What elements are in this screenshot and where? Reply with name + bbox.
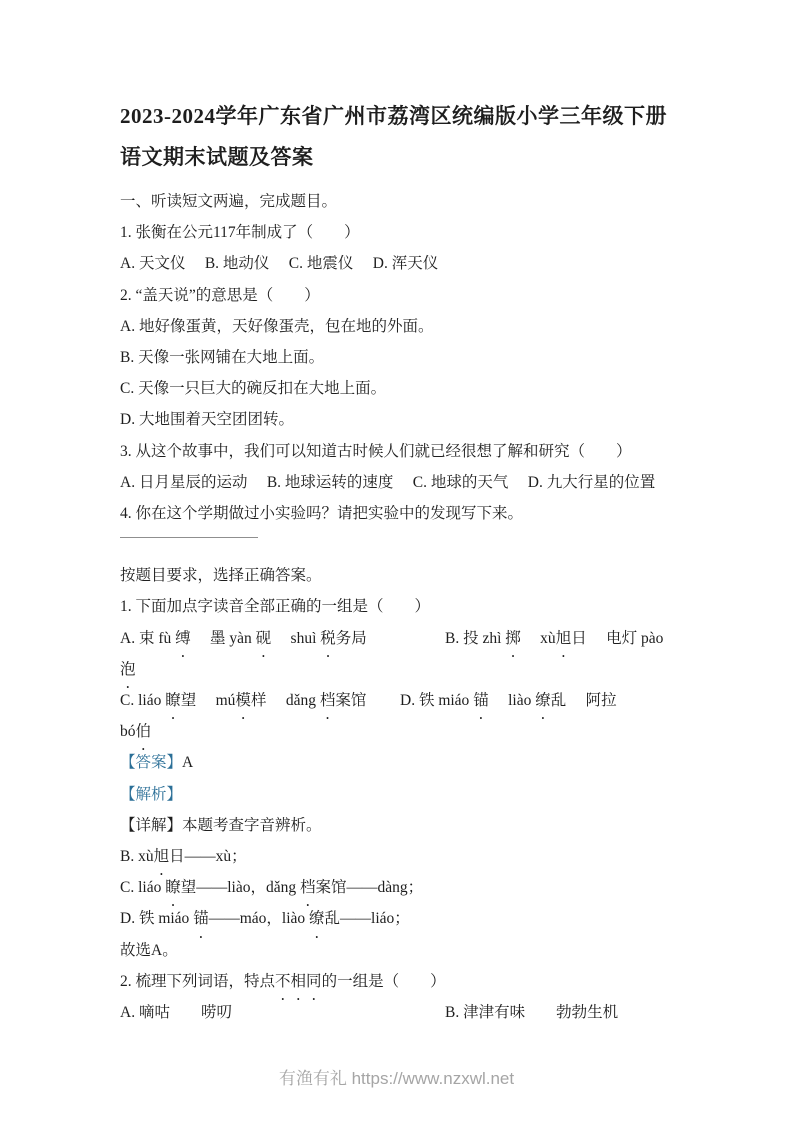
listening-q2-option-a: A. 地好像蛋黄，天好像蛋壳，包在地的外面。 xyxy=(120,311,680,342)
line-column: 【详解】本题考查字音辨析。 xyxy=(120,817,322,834)
text-segment: 1. 下面加点字读音全部正确的一组是（ ） xyxy=(120,598,430,615)
text-segment: A. 嘀咕 唠叨 xyxy=(120,1004,232,1021)
listening-q2-option-d: D. 大地围着天空团团转。 xyxy=(120,404,680,435)
explanation-option-b: B. xù旭日——xù； xyxy=(120,841,680,872)
line-column: 2. “盖天说”的意思是（ ） xyxy=(120,287,320,304)
exam-title: 2023-2024学年广东省广州市荔湾区统编版小学三年级下册 语文期末试题及答案 xyxy=(120,96,680,178)
text-segment: D. 铁 miáo xyxy=(400,692,473,709)
listening-q3-options: A. 日月星辰的运动 B. 地球运转的速度 C. 地球的天气 D. 九大行星的位… xyxy=(120,467,680,498)
text-segment: B. 津津有味 勃勃生机 xyxy=(445,1004,618,1021)
exam-title-line1: 2023-2024学年广东省广州市荔湾区统编版小学三年级下册 xyxy=(120,96,680,137)
text-segment: 1. 张衡在公元117年制成了（ ） xyxy=(120,224,360,241)
emphasized-char: 泡 xyxy=(120,654,136,685)
text-segment: D. 铁 miáo xyxy=(120,910,193,927)
choice-q1-stem: 1. 下面加点字读音全部正确的一组是（ ） xyxy=(120,591,680,622)
conclusion-line: 故选A。 xyxy=(120,935,680,966)
emphasized-char: 砚 xyxy=(256,623,272,654)
listening-q4-stem: 4. 你在这个学期做过小实验吗？请把实验中的发现写下来。 xyxy=(120,498,680,529)
detail-explanation-line: 【详解】本题考查字音辨析。 xyxy=(120,810,680,841)
line-column: 【解析】 xyxy=(120,786,182,803)
line-column: B. 投 zhì 掷 xù旭日 电灯 pào xyxy=(445,623,663,654)
line-column: 按题目要求，选择正确答案。 xyxy=(120,567,322,584)
line-column: bó伯 xyxy=(120,723,151,740)
emphasized-char: 模 xyxy=(235,685,251,716)
emphasized-char: 相 xyxy=(291,966,307,997)
answer-blank-line xyxy=(120,529,680,560)
emphasized-char: 锚 xyxy=(193,903,209,934)
text-segment: D. 大地围着天空团团转。 xyxy=(120,411,294,428)
document-content: 2023-2024学年广东省广州市荔湾区统编版小学三年级下册 语文期末试题及答案… xyxy=(120,96,680,1028)
listening-q2-option-b: B. 天像一张网铺在大地上面。 xyxy=(120,342,680,373)
text-segment: C. liáo xyxy=(120,879,165,896)
text-segment: A. 束 fù xyxy=(120,630,175,647)
line-column: C. 天像一只巨大的碗反扣在大地上面。 xyxy=(120,380,386,397)
blank-underline xyxy=(120,537,258,538)
text-segment: 望 mú xyxy=(181,692,236,709)
emphasized-char: 缭 xyxy=(309,903,325,934)
line-column: D. 大地围着天空团团转。 xyxy=(120,411,294,428)
document-body: 一、听读短文两遍，完成题目。1. 张衡在公元117年制成了（ ）A. 天文仪 B… xyxy=(120,186,680,1028)
text-segment: liào xyxy=(489,692,536,709)
line-column: B. xù旭日——xù； xyxy=(120,848,247,865)
emphasized-char: 旭 xyxy=(556,623,572,654)
bracket-label: 【解析】 xyxy=(120,786,182,803)
line-column: B. 津津有味 勃勃生机 xyxy=(445,997,618,1028)
emphasized-char: 伯 xyxy=(136,716,152,747)
line-column: C. liáo 瞭望 mú模样 dǎng 档案馆 xyxy=(120,692,366,709)
line-column: 泡 xyxy=(120,661,136,678)
emphasized-char: 瞭 xyxy=(165,685,181,716)
emphasized-char: 掷 xyxy=(505,623,521,654)
text-segment: 乱 阿拉 xyxy=(551,692,617,709)
emphasized-char: 档 xyxy=(320,685,336,716)
bracket-label: 【答案】 xyxy=(120,754,182,771)
text-segment: 一、听读短文两遍，完成题目。 xyxy=(120,193,337,210)
text-segment: 日——xù； xyxy=(169,848,247,865)
emphasized-char: 档 xyxy=(300,872,316,903)
text-segment: 务局 xyxy=(336,630,367,647)
line-column: 【答案】A xyxy=(120,754,193,771)
text-segment: B. 投 zhì xyxy=(445,630,505,647)
emphasized-char: 锚 xyxy=(473,685,489,716)
text-segment: A xyxy=(182,754,193,771)
text-segment: 3. 从这个故事中，我们可以知道古时候人们就已经很想了解和研究（ ） xyxy=(120,443,632,460)
line-column: A. 天文仪 B. 地动仪 C. 地震仪 D. 浑天仪 xyxy=(120,255,438,272)
line-column: 1. 张衡在公元117年制成了（ ） xyxy=(120,224,360,241)
emphasized-char: 税 xyxy=(320,623,336,654)
choice-q1-options-ab-wrap: 泡 xyxy=(120,654,680,685)
text-segment: A. 天文仪 B. 地动仪 C. 地震仪 D. 浑天仪 xyxy=(120,255,438,272)
choice-q1-options-cd-wrap: bó伯 xyxy=(120,716,680,747)
exam-document-page: 2023-2024学年广东省广州市荔湾区统编版小学三年级下册 语文期末试题及答案… xyxy=(0,0,793,1122)
line-column: A. 束 fù 缚 墨 yàn 砚 shuì 税务局 xyxy=(120,630,367,647)
text-segment: 样 dǎng xyxy=(251,692,320,709)
choice-q1-options-cd: C. liáo 瞭望 mú模样 dǎng 档案馆D. 铁 miáo 锚 liào… xyxy=(120,685,680,716)
emphasized-char: 不 xyxy=(275,966,291,997)
exam-title-line2: 语文期末试题及答案 xyxy=(120,137,680,178)
emphasized-char: 瞭 xyxy=(165,872,181,903)
line-column: A. 嘀咕 唠叨 xyxy=(120,1004,232,1021)
line-column: 一、听读短文两遍，完成题目。 xyxy=(120,193,337,210)
line-column: 4. 你在这个学期做过小实验吗？请把实验中的发现写下来。 xyxy=(120,505,523,522)
text-segment: 墨 yàn xyxy=(191,630,256,647)
line-column: D. 铁 miáo 锚——máo，liào 缭乱——liáo； xyxy=(120,910,410,927)
text-segment: 4. 你在这个学期做过小实验吗？请把实验中的发现写下来。 xyxy=(120,505,523,522)
explanation-option-c: C. liáo 瞭望——liào，dǎng 档案馆——dàng； xyxy=(120,872,680,903)
text-segment: A. 地好像蛋黄，天好像蛋壳，包在地的外面。 xyxy=(120,318,433,335)
answer-line: 【答案】A xyxy=(120,747,680,778)
text-segment: shuì xyxy=(271,630,320,647)
emphasized-char: 旭 xyxy=(154,841,170,872)
text-segment: C. 天像一只巨大的碗反扣在大地上面。 xyxy=(120,380,386,397)
text-segment: 望——liào，dǎng xyxy=(181,879,300,896)
text-segment: ——máo，liào xyxy=(209,910,309,927)
choice-q2-stem: 2. 梳理下列词语，特点不相同的一组是（ ） xyxy=(120,966,680,997)
listening-q1-options: A. 天文仪 B. 地动仪 C. 地震仪 D. 浑天仪 xyxy=(120,248,680,279)
line-column: 故选A。 xyxy=(120,942,178,959)
line-column: A. 地好像蛋黄，天好像蛋壳，包在地的外面。 xyxy=(120,318,433,335)
emphasized-char: 同 xyxy=(306,966,322,997)
text-segment: 的一组是（ ） xyxy=(322,973,446,990)
line-column: A. 日月星辰的运动 B. 地球运转的速度 C. 地球的天气 D. 九大行星的位… xyxy=(120,474,655,491)
text-segment: A. 日月星辰的运动 B. 地球运转的速度 C. 地球的天气 D. 九大行星的位… xyxy=(120,474,655,491)
emphasized-char: 缚 xyxy=(175,623,191,654)
line-column: 1. 下面加点字读音全部正确的一组是（ ） xyxy=(120,598,430,615)
text-segment: 2. 梳理下列词语，特点 xyxy=(120,973,275,990)
text-segment: B. 天像一张网铺在大地上面。 xyxy=(120,349,324,366)
text-segment: 案馆 xyxy=(335,692,366,709)
text-segment: B. xù xyxy=(120,848,154,865)
text-segment: C. liáo xyxy=(120,692,165,709)
line-column: B. 天像一张网铺在大地上面。 xyxy=(120,349,324,366)
line-column: C. liáo 瞭望——liào，dǎng 档案馆——dàng； xyxy=(120,879,423,896)
listening-section-heading: 一、听读短文两遍，完成题目。 xyxy=(120,186,680,217)
emphasized-char: 缭 xyxy=(535,685,551,716)
text-segment: 案馆——dàng； xyxy=(316,879,424,896)
text-segment: 【详解】本题考查字音辨析。 xyxy=(120,817,322,834)
footer-watermark: 有渔有礼 https://www.nzxwl.net xyxy=(0,1064,793,1089)
text-segment: 按题目要求，选择正确答案。 xyxy=(120,567,322,584)
text-segment: 故选A。 xyxy=(120,942,178,959)
text-segment: 乱——liáo； xyxy=(325,910,410,927)
section2-instruction: 按题目要求，选择正确答案。 xyxy=(120,560,680,591)
analysis-label-line: 【解析】 xyxy=(120,779,680,810)
text-segment: bó xyxy=(120,723,136,740)
line-column: D. 铁 miáo 锚 liào 缭乱 阿拉 xyxy=(400,685,617,716)
explanation-option-d: D. 铁 miáo 锚——máo，liào 缭乱——liáo； xyxy=(120,903,680,934)
text-segment: 日 电灯 pào xyxy=(571,630,663,647)
footer-text: 有渔有礼 https://www.nzxwl.net xyxy=(279,1069,514,1088)
choice-q2-options: A. 嘀咕 唠叨B. 津津有味 勃勃生机 xyxy=(120,997,680,1028)
listening-q2-option-c: C. 天像一只巨大的碗反扣在大地上面。 xyxy=(120,373,680,404)
line-column: 2. 梳理下列词语，特点不相同的一组是（ ） xyxy=(120,973,446,990)
text-segment: 2. “盖天说”的意思是（ ） xyxy=(120,287,320,304)
line-column: 3. 从这个故事中，我们可以知道古时候人们就已经很想了解和研究（ ） xyxy=(120,443,632,460)
listening-q3-stem: 3. 从这个故事中，我们可以知道古时候人们就已经很想了解和研究（ ） xyxy=(120,436,680,467)
listening-q1-stem: 1. 张衡在公元117年制成了（ ） xyxy=(120,217,680,248)
listening-q2-stem: 2. “盖天说”的意思是（ ） xyxy=(120,280,680,311)
text-segment: xù xyxy=(521,630,556,647)
choice-q1-options-ab: A. 束 fù 缚 墨 yàn 砚 shuì 税务局B. 投 zhì 掷 xù旭… xyxy=(120,623,680,654)
